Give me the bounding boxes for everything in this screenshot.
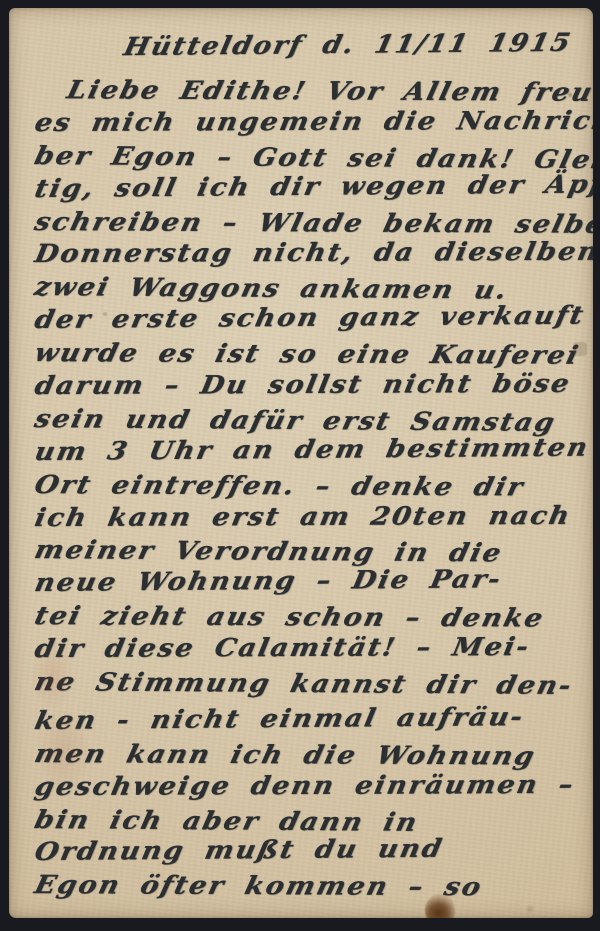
smudge-mark xyxy=(25,638,95,788)
handwritten-line: ich kann erst am 20ten nach xyxy=(32,499,593,534)
handwritten-line: Donnerstag nicht, da dieselben in xyxy=(32,236,593,271)
dateline: Hütteldorf d. 11/11 1915 xyxy=(29,16,593,74)
handwritten-line: Egon öfter kommen – so xyxy=(31,869,593,905)
handwritten-line: tig, soll ich dir wegen der Äpfel xyxy=(32,168,593,206)
handwritten-line: es mich ungemein die Nachricht ü- xyxy=(32,104,593,139)
handwritten-text: Hütteldorf d. 11/11 1915 Liebe Edithe! V… xyxy=(35,22,583,902)
handwritten-line: Ordnung mußt du und xyxy=(32,832,593,870)
handwritten-line: geschweige denn einräumen – xyxy=(32,768,593,803)
handwritten-line: darum – Du sollst nicht böse xyxy=(32,368,593,403)
handwritten-line: neue Wohnung – Die Par- xyxy=(32,563,593,601)
handwritten-line: ken - nicht einmal aufräu- xyxy=(32,700,593,738)
handwritten-line: um 3 Uhr an dem bestimmten xyxy=(32,431,593,469)
handwritten-line: Ort eintreffen. – denke dir xyxy=(31,469,593,505)
postcard: Hütteldorf d. 11/11 1915 Liebe Edithe! V… xyxy=(9,8,593,918)
paper-specks xyxy=(9,8,11,10)
handwritten-line: dir diese Calamität! – Mei- xyxy=(32,631,593,666)
handwritten-line: der erste schon ganz verkauft xyxy=(32,299,593,337)
handwritten-line: ne Stimmung kannst dir den- xyxy=(31,666,593,703)
stain-spot xyxy=(425,893,455,918)
scan-background: Hütteldorf d. 11/11 1915 Liebe Edithe! V… xyxy=(0,0,600,931)
